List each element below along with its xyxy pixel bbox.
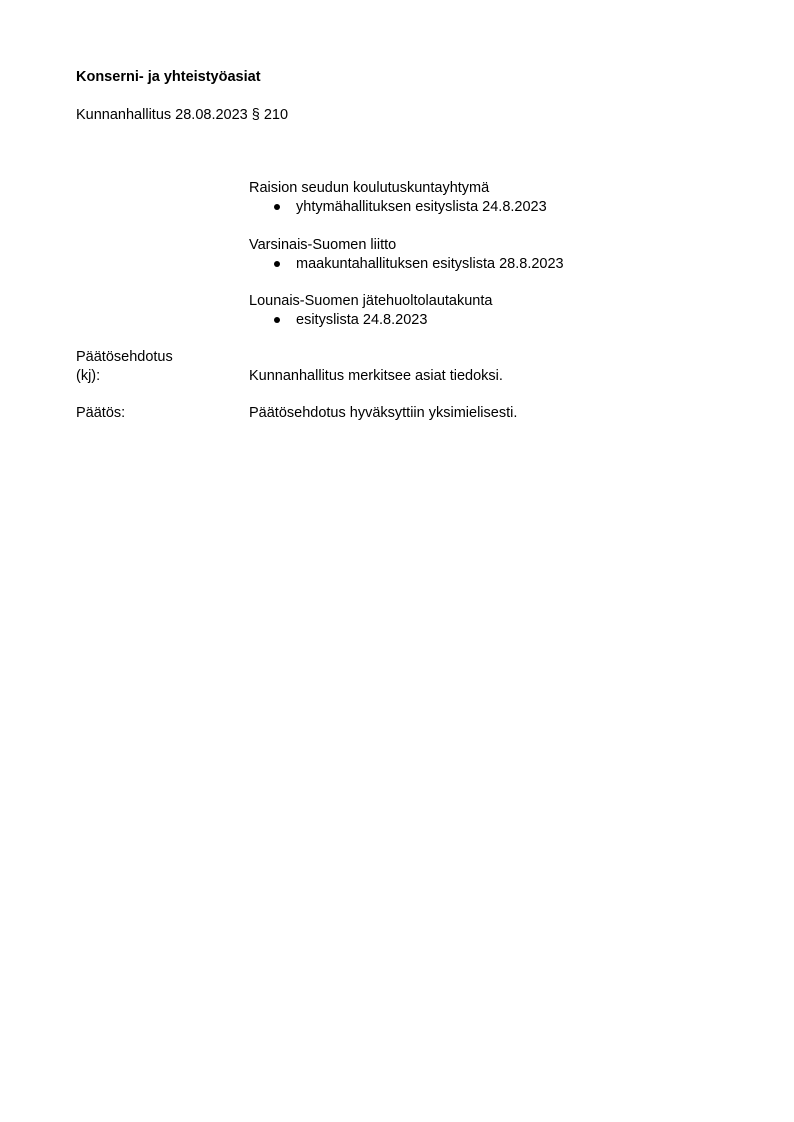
org-name-3: Lounais-Suomen jätehuoltolautakunta [249,292,492,310]
org-item-text: yhtymähallituksen esityslista 24.8.2023 [296,198,547,216]
org-item-2: maakuntahallituksen esityslista 28.8.202… [274,255,564,273]
org-item-text: maakuntahallituksen esityslista 28.8.202… [296,255,564,273]
org-item-1: yhtymähallituksen esityslista 24.8.2023 [274,198,547,216]
decision-label: Päätös: [76,404,125,422]
bullet-icon [274,204,280,210]
bullet-icon [274,317,280,323]
proposal-label-line2: (kj): [76,367,100,385]
org-item-text: esityslista 24.8.2023 [296,311,427,329]
proposal-text: Kunnanhallitus merkitsee asiat tiedoksi. [249,367,503,385]
proposal-label-line1: Päätösehdotus [76,348,173,366]
document-title: Konserni- ja yhteistyöasiat [76,68,261,86]
org-name-1: Raision seudun koulutuskuntayhtymä [249,179,489,197]
meeting-line: Kunnanhallitus 28.08.2023 § 210 [76,106,288,124]
bullet-icon [274,261,280,267]
org-item-3: esityslista 24.8.2023 [274,311,427,329]
decision-text: Päätösehdotus hyväksyttiin yksimielisest… [249,404,517,422]
org-name-2: Varsinais-Suomen liitto [249,236,396,254]
